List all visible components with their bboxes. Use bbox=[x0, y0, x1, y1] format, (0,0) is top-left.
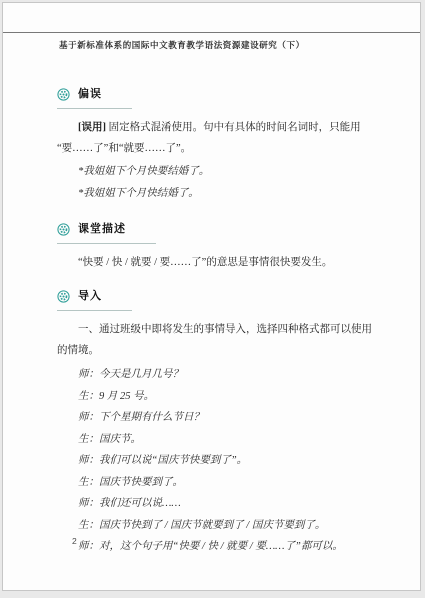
dialogue-line: 生：国庆节快要到了。 bbox=[57, 472, 379, 494]
section-title: 偏误 bbox=[78, 84, 102, 105]
dialogue-line: 生：国庆节。 bbox=[57, 429, 379, 451]
gear-flower-icon bbox=[57, 223, 70, 236]
error-example: *我姐姐下个月快要结婚了。 bbox=[57, 161, 379, 183]
dialogue-block: 师：今天是几月几号？ 生：9 月 25 号。 师：下个星期有什么节日？ 生：国庆… bbox=[57, 364, 379, 558]
paragraph-line: 一、通过班级中即将发生的事情导入，选择四种格式都可以使用 bbox=[57, 319, 379, 340]
header-rule bbox=[3, 32, 420, 33]
error-example: *我姐姐下个月快结婚了。 bbox=[57, 183, 379, 205]
section-heading-errors: 偏误 bbox=[57, 84, 132, 109]
page-number: 2 bbox=[72, 536, 77, 546]
paragraph-text: 固定格式混淆使用。句中有具体的时间名词时，只能用 bbox=[106, 122, 361, 133]
page-content: 偏误 [误用] 固定格式混淆使用。句中有具体的时间名词时，只能用 “要……了”和… bbox=[57, 77, 379, 558]
section-heading-classroom-description: 课堂描述 bbox=[57, 219, 156, 244]
paragraph-line: “快要 / 快 / 就要 / 要……了”的意思是事情很快要发生。 bbox=[57, 252, 379, 273]
gear-flower-icon bbox=[57, 290, 70, 303]
dialogue-line: 生：国庆节快到了 / 国庆节就要到了 / 国庆节要到了。 bbox=[57, 515, 379, 537]
running-header: 基于新标准体系的国际中文教育教学语法资源建设研究（下） bbox=[59, 39, 305, 51]
dialogue-line: 师：我们可以说“国庆节快要到了”。 bbox=[57, 450, 379, 472]
dialogue-line: 师：下个星期有什么节日？ bbox=[57, 407, 379, 429]
paragraph-line: 的情境。 bbox=[57, 340, 379, 361]
dialogue-line: 生：9 月 25 号。 bbox=[57, 386, 379, 408]
dialogue-line: 师：我们还可以说…… bbox=[57, 493, 379, 515]
paragraph-line: “要……了”和“就要……了”。 bbox=[57, 138, 379, 159]
misuse-label: [误用] bbox=[78, 122, 106, 133]
dialogue-line: 师：对，这个句子用“快要 / 快 / 就要 / 要……了”都可以。 bbox=[57, 536, 379, 558]
section-title: 课堂描述 bbox=[78, 219, 126, 240]
section-title: 导入 bbox=[78, 286, 102, 307]
paragraph-line: [误用] 固定格式混淆使用。句中有具体的时间名词时，只能用 bbox=[57, 117, 379, 138]
book-page: 基于新标准体系的国际中文教育教学语法资源建设研究（下） 偏误 [误用] 固定格式… bbox=[2, 2, 421, 591]
gear-flower-icon bbox=[57, 88, 70, 101]
section-heading-lead-in: 导入 bbox=[57, 286, 132, 311]
dialogue-line: 师：今天是几月几号？ bbox=[57, 364, 379, 386]
